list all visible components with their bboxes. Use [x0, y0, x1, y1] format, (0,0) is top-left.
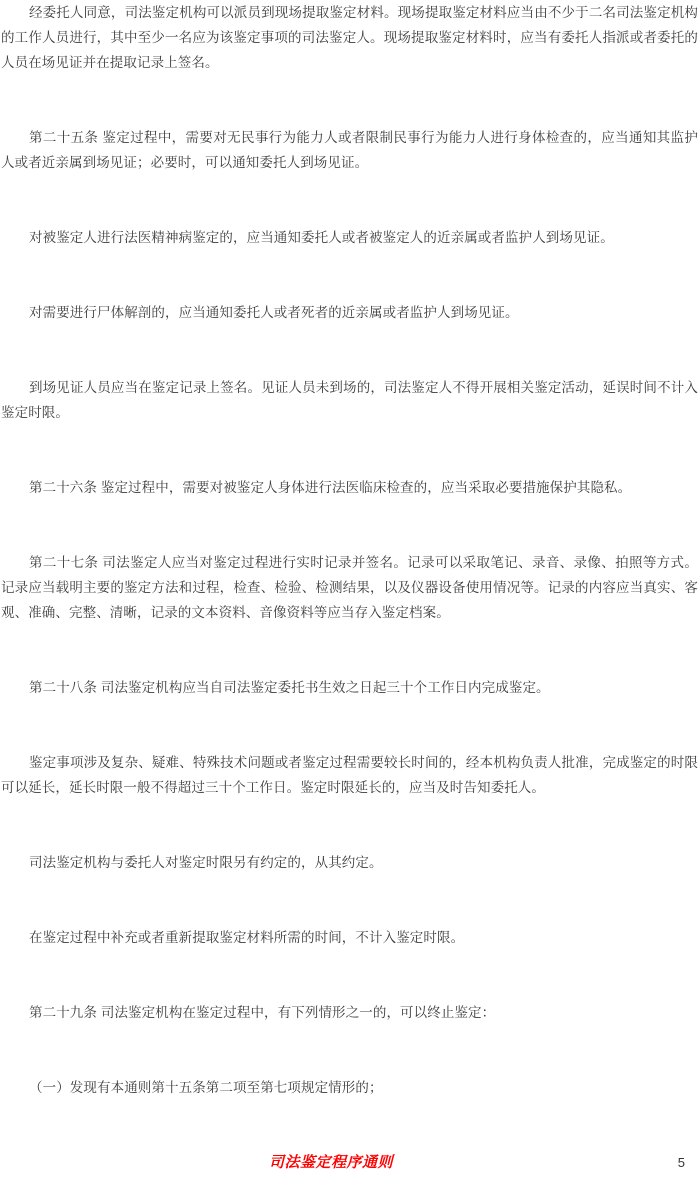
paragraph: 司法鉴定机构与委托人对鉴定时限另有约定的，从其约定。 [1, 850, 698, 875]
paragraph: 经委托人同意，司法鉴定机构可以派员到现场提取鉴定材料。现场提取鉴定材料应当由不少… [1, 0, 698, 75]
paragraph: 第二十五条 鉴定过程中，需要对无民事行为能力人或者限制民事行为能力人进行身体检查… [1, 125, 698, 175]
paragraph: 第二十八条 司法鉴定机构应当自司法鉴定委托书生效之日起三十个工作日内完成鉴定。 [1, 675, 698, 700]
page-footer: 司法鉴定程序通则 5 [0, 1150, 700, 1175]
paragraph: 对被鉴定人进行法医精神病鉴定的，应当通知委托人或者被鉴定人的近亲属或者监护人到场… [1, 225, 698, 250]
paragraph: 第二十六条 鉴定过程中，需要对被鉴定人身体进行法医临床检查的，应当采取必要措施保… [1, 475, 698, 500]
paragraph: 第二十九条 司法鉴定机构在鉴定过程中，有下列情形之一的，可以终止鉴定： [1, 1000, 698, 1025]
paragraph: 第二十七条 司法鉴定人应当对鉴定过程进行实时记录并签名。记录可以采取笔记、录音、… [1, 550, 698, 625]
paragraph: 鉴定事项涉及复杂、疑难、特殊技术问题或者鉴定过程需要较长时间的，经本机构负责人批… [1, 750, 698, 800]
paragraph: 在鉴定过程中补充或者重新提取鉴定材料所需的时间，不计入鉴定时限。 [1, 925, 698, 950]
page-number: 5 [678, 1150, 685, 1175]
footer-document-title: 司法鉴定程序通则 [269, 1150, 393, 1175]
document-body: 经委托人同意，司法鉴定机构可以派员到现场提取鉴定材料。现场提取鉴定材料应当由不少… [0, 0, 700, 1100]
paragraph: 到场见证人员应当在鉴定记录上签名。见证人员未到场的，司法鉴定人不得开展相关鉴定活… [1, 375, 698, 425]
document-page: 经委托人同意，司法鉴定机构可以派员到现场提取鉴定材料。现场提取鉴定材料应当由不少… [0, 0, 700, 1182]
paragraph: （一）发现有本通则第十五条第二项至第七项规定情形的； [1, 1075, 698, 1100]
paragraph: 对需要进行尸体解剖的，应当通知委托人或者死者的近亲属或者监护人到场见证。 [1, 300, 698, 325]
